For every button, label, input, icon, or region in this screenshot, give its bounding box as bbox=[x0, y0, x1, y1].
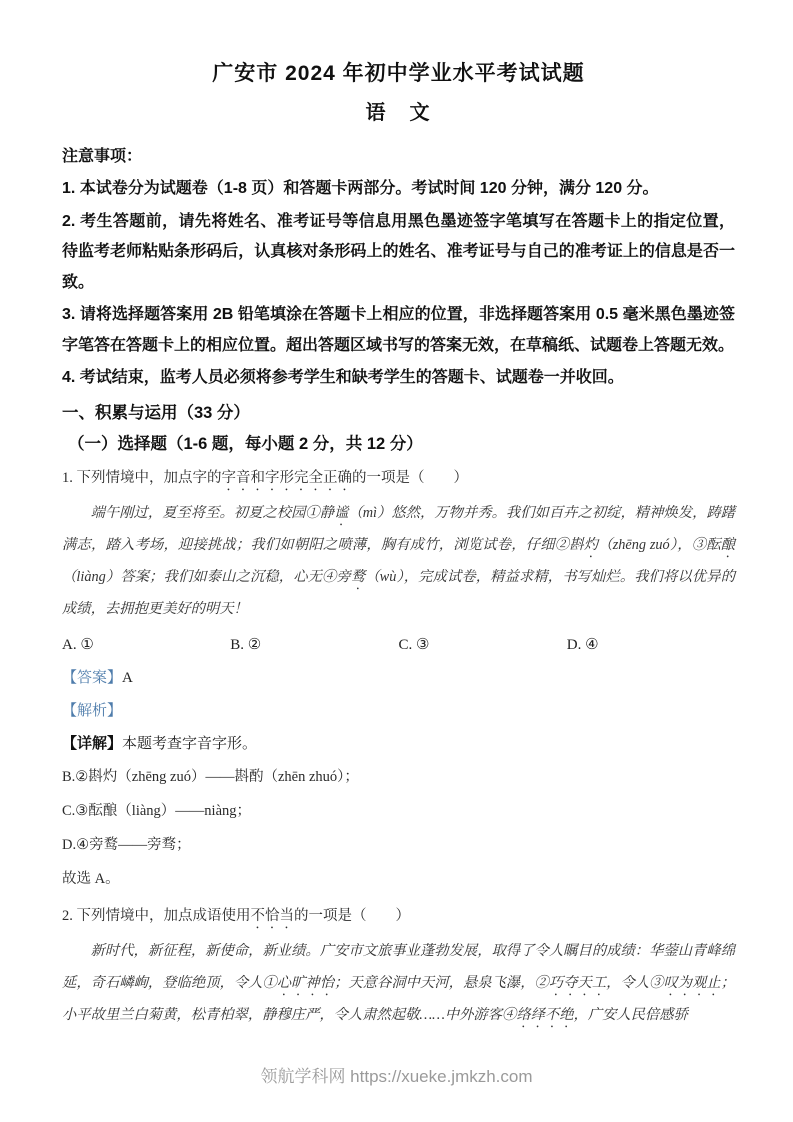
notice-item-2: 2. 考生答题前，请先将姓名、准考证号等信息用黑色墨迹签字笔填写在答题卡上的指定… bbox=[62, 207, 735, 299]
question-1-option-b: B. ② bbox=[230, 630, 398, 660]
answer-label: 【答案】 bbox=[62, 670, 122, 686]
exam-subject: 语 文 bbox=[62, 100, 735, 126]
question-1-option-d: D. ④ bbox=[567, 630, 735, 660]
explanation-line-b: B.②斟灼（zhēng zuó）——斟酌（zhēn zhuó）； bbox=[62, 761, 735, 793]
question-1-options: A. ① B. ② C. ③ D. ④ bbox=[62, 630, 735, 660]
question-1-stem: 1. 下列情境中，加点字的字音和字形完全正确的一项是（ ） bbox=[62, 463, 735, 494]
notice-item-4: 4. 考试结束，监考人员必须将参考学生和缺考学生的答题卡、试题卷一并收回。 bbox=[62, 363, 735, 394]
exam-title: 广安市 2024 年初中学业水平考试试题 bbox=[62, 60, 735, 88]
explanation-conclusion: 故选 A。 bbox=[62, 863, 735, 895]
analysis-label: 【解析】 bbox=[62, 703, 122, 719]
notice-item-1: 1. 本试卷分为试题卷（1-8 页）和答题卡两部分。考试时间 120 分钟，满分… bbox=[62, 174, 735, 205]
watermark-text: 领航学科网 https://xueke.jmkzh.com bbox=[260, 1067, 532, 1086]
detail-label: 【详解】 bbox=[62, 735, 122, 752]
detail-line: 【详解】本题考查字音字形。 bbox=[62, 729, 735, 759]
question-2-stem: 2. 下列情境中，加点成语使用不恰当的一项是（ ） bbox=[62, 901, 735, 932]
explanation-line-c: C.③酝酿（liàng）——niàng； bbox=[62, 795, 735, 827]
exam-paper-page: 广安市 2024 年初中学业水平考试试题 语 文 注意事项： 1. 本试卷分为试… bbox=[0, 0, 793, 1122]
subsection-heading-choice: （一）选择题（1-6 题，每小题 2 分，共 12 分） bbox=[62, 429, 735, 459]
question-1-passage: 端午刚过，夏至将至。初夏之校园①静谧（mì）悠然，万物并秀。我们如百卉之初绽，精… bbox=[62, 497, 735, 625]
section-heading-part1: 一、积累与运用（33 分） bbox=[62, 398, 735, 428]
question-1-option-c: C. ③ bbox=[399, 630, 567, 660]
explanation-line-d: D.④旁鹜——旁骛； bbox=[62, 829, 735, 861]
question-1-option-a: A. ① bbox=[62, 630, 230, 660]
question-2-passage: 新时代，新征程，新使命，新业绩。广安市文旅事业蓬勃发展，取得了令人瞩目的成绩：华… bbox=[62, 935, 735, 1031]
detail-intro: 本题考查字音字形。 bbox=[122, 736, 257, 752]
notice-item-3: 3. 请将选择题答案用 2B 铅笔填涂在答题卡上相应的位置，非选择题答案用 0.… bbox=[62, 300, 735, 361]
answer-line: 【答案】A bbox=[62, 663, 735, 693]
answer-value: A bbox=[122, 670, 133, 686]
watermark: 领航学科网 https://xueke.jmkzh.com bbox=[0, 1062, 793, 1087]
notice-heading: 注意事项： bbox=[62, 142, 735, 172]
analysis-line: 【解析】 bbox=[62, 696, 735, 726]
